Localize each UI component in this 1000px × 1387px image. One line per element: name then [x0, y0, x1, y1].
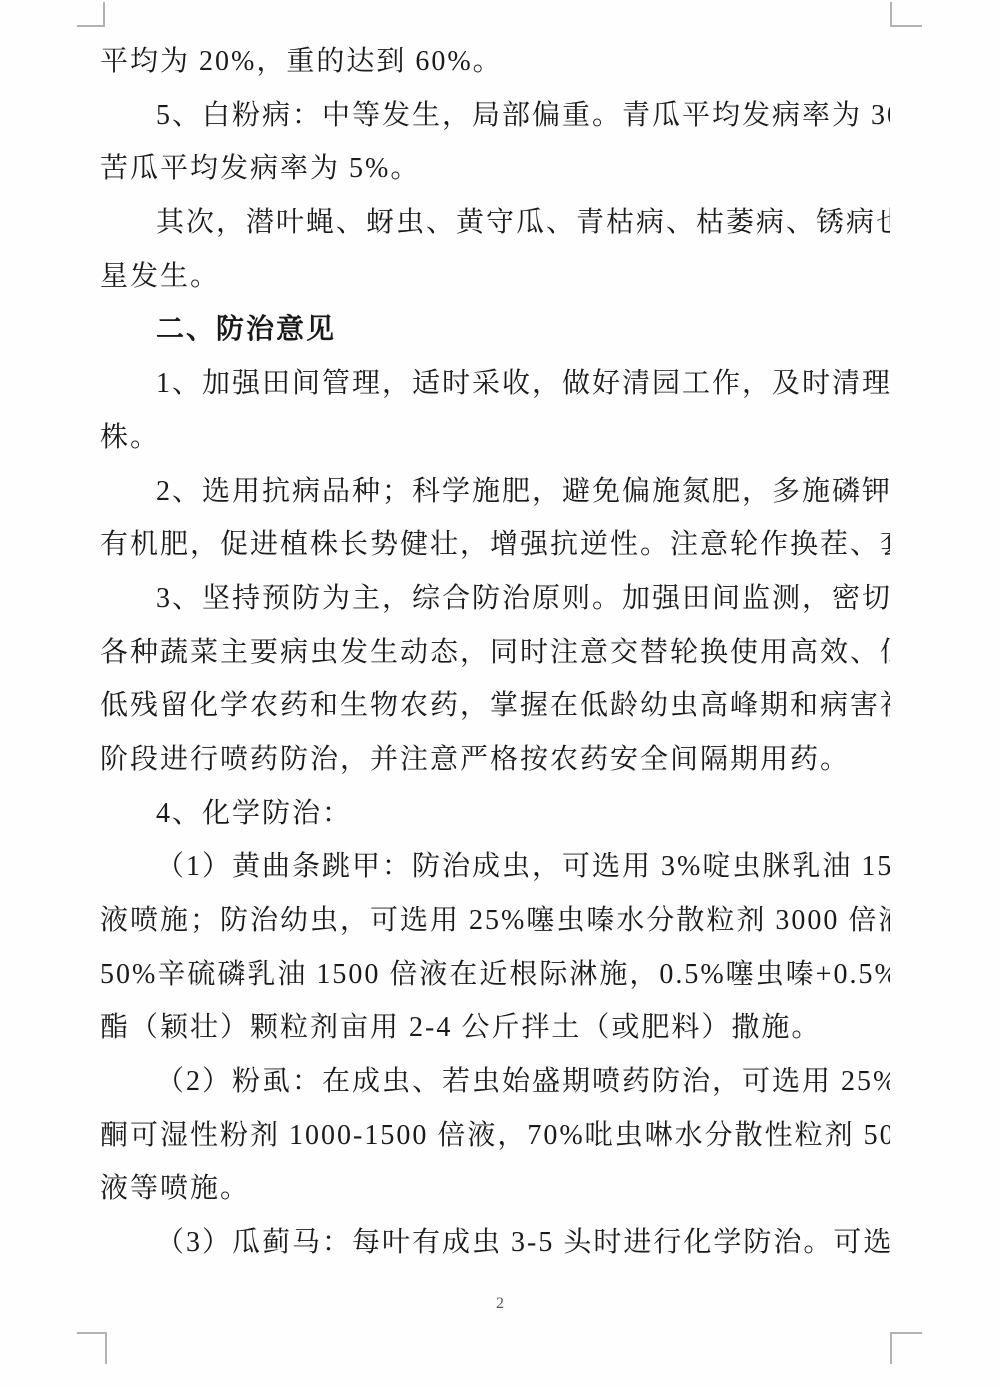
document-page: 平均为 20%，重的达到 60%。 5、白粉病：中等发生，局部偏重。青瓜平均发病… [0, 0, 1000, 1387]
crop-mark-bottom-left [77, 1332, 107, 1364]
crop-mark-bottom-right [890, 1332, 922, 1364]
text-line: 各种蔬菜主要病虫发生动态，同时注意交替轮换使用高效、低毒、 [100, 626, 890, 680]
page-number: 2 [0, 1295, 1000, 1313]
text-line: （2）粉虱：在成虫、若虫始盛期喷药防治，可选用 25%噻嗪 [100, 1055, 890, 1109]
text-line: 4、化学防治： [100, 787, 890, 841]
text-line: （3）瓜蓟马：每叶有成虫 3-5 头时进行化学防治。可选用 70% [100, 1216, 890, 1270]
text-line: 液等喷施。 [100, 1162, 890, 1216]
text-line: 株。 [100, 411, 890, 465]
text-line: 星发生。 [100, 250, 890, 304]
text-line: 2、选用抗病品种；科学施肥，避免偏施氮肥，多施磷钾肥和 [100, 465, 890, 519]
text-line: 液喷施；防治幼虫，可选用 25%噻虫嗪水分散粒剂 3000 倍液，或 [100, 894, 890, 948]
document-body: 平均为 20%，重的达到 60%。 5、白粉病：中等发生，局部偏重。青瓜平均发病… [100, 35, 890, 1270]
text-line: 3、坚持预防为主，综合防治原则。加强田间监测，密切注意 [100, 572, 890, 626]
section-heading: 二、防治意见 [100, 303, 890, 357]
text-line: 50%辛硫磷乳油 1500 倍液在近根际淋施，0.5%噻虫嗪+0.5%联苯菊 [100, 948, 890, 1002]
text-line: 1、加强田间管理，适时采收，做好清园工作，及时清理病残 [100, 357, 890, 411]
text-line: 阶段进行喷药防治，并注意严格按农药安全间隔期用药。 [100, 733, 890, 787]
text-line: 平均为 20%，重的达到 60%。 [100, 35, 890, 89]
text-line: 低残留化学农药和生物农药，掌握在低龄幼虫高峰期和病害初发 [100, 679, 890, 733]
text-line: 苦瓜平均发病率为 5%。 [100, 142, 890, 196]
text-line: 酮可湿性粉剂 1000-1500 倍液，70%吡虫啉水分散性粒剂 5000 倍 [100, 1109, 890, 1163]
text-line: 其次，潜叶蝇、蚜虫、黄守瓜、青枯病、枯萎病、锈病也有零 [100, 196, 890, 250]
crop-mark-top-left [77, 2, 105, 27]
text-line: 酯（颖壮）颗粒剂亩用 2-4 公斤拌土（或肥料）撒施。 [100, 1001, 890, 1055]
crop-mark-top-right [890, 2, 922, 27]
text-line: 5、白粉病：中等发生，局部偏重。青瓜平均发病率为 30%， [100, 89, 890, 143]
text-line: （1）黄曲条跳甲：防治成虫，可选用 3%啶虫脒乳油 1500 倍 [100, 840, 890, 894]
text-line: 有机肥，促进植株长势健壮，增强抗逆性。注意轮作换茬、套作。 [100, 518, 890, 572]
